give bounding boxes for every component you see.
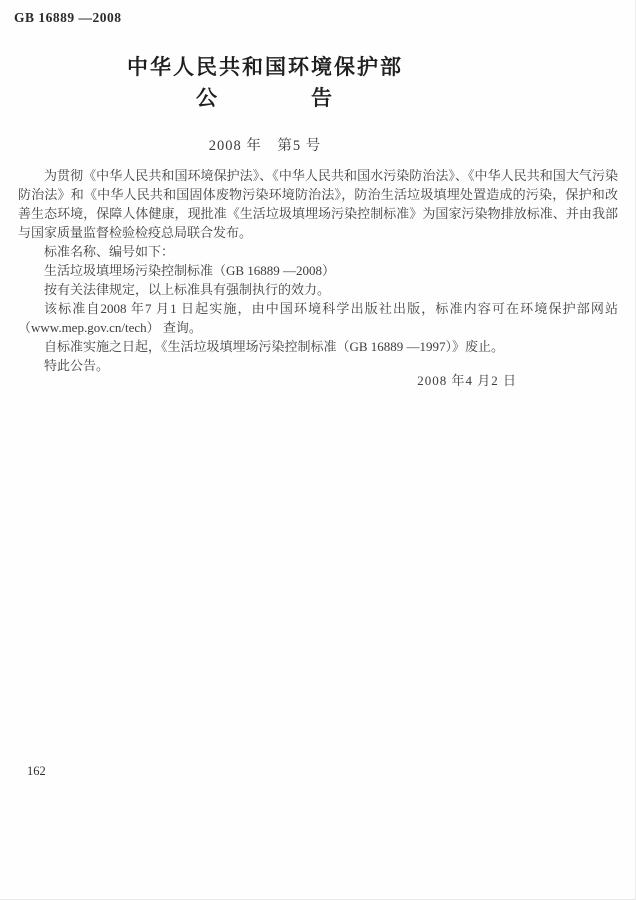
paragraph: 标准名称、编号如下： (18, 242, 618, 261)
announcement-heading: 中华人民共和国环境保护部 公 告 2008 年 第5 号 (0, 54, 530, 155)
signature-date: 2008 年4 月2 日 (417, 370, 517, 389)
announcement-title: 公 告 (0, 85, 530, 111)
standard-code: GB 16889 —2008 (14, 10, 122, 26)
document-page: GB 16889 —2008 中华人民共和国环境保护部 公 告 2008 年 第… (0, 0, 636, 900)
paragraph: 自标准实施之日起，《生活垃圾填埋场污染控制标准（GB 16889 —1997）》… (18, 337, 618, 356)
paragraph: 按有关法律规定，以上标准具有强制执行的效力。 (18, 280, 618, 299)
paragraph: 该标准自2008 年7 月1 日起实施，由中国环境科学出版社出版，标准内容可在环… (18, 299, 618, 337)
paragraph: 生活垃圾填埋场污染控制标准（GB 16889 —2008） (18, 261, 618, 280)
page-number: 162 (27, 764, 46, 779)
announcement-body: 为贯彻《中华人民共和国环境保护法》、《中华人民共和国水污染防治法》、《中华人民共… (18, 166, 618, 375)
paragraph: 特此公告。 (18, 356, 618, 375)
agency-title: 中华人民共和国环境保护部 (0, 54, 530, 80)
issue-number: 2008 年 第5 号 (0, 134, 530, 155)
paragraph: 为贯彻《中华人民共和国环境保护法》、《中华人民共和国水污染防治法》、《中华人民共… (18, 166, 618, 242)
